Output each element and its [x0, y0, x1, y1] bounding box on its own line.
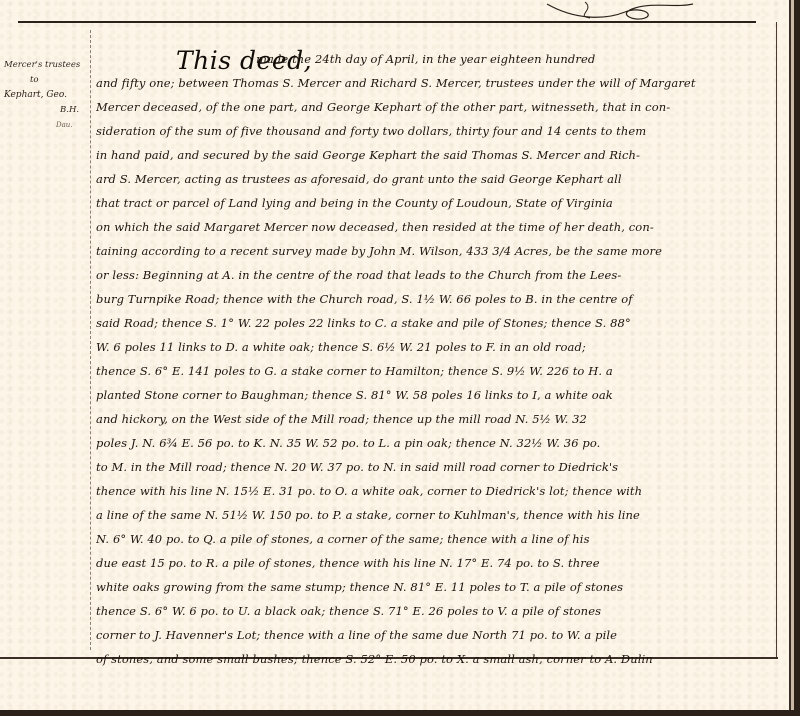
deed-line: and fifty one; between Thomas S. Mercer … — [96, 71, 776, 95]
deed-line: W. 6 poles 11 links to D. a white oak; t… — [96, 335, 776, 359]
deed-line: corner to J. Havenner's Lot; thence with… — [96, 623, 776, 647]
right-rule — [776, 22, 777, 658]
deed-line: N. 6° W. 40 po. to Q. a pile of stones, … — [96, 527, 776, 551]
top-rule — [18, 21, 756, 23]
deed-body: made the 24th day of April, in the year … — [96, 47, 776, 671]
bottom-edge-band — [0, 710, 800, 716]
deed-line: on which the said Margaret Mercer now de… — [96, 215, 776, 239]
margin-note-grantee: Kephart, Geo. — [4, 88, 88, 103]
deed-line: a line of the same N. 51½ W. 150 po. to … — [96, 503, 776, 527]
document-page: Mercer's trustees to Kephart, Geo. B.H. … — [0, 0, 800, 716]
deed-line: ard S. Mercer, acting as trustees as afo… — [96, 167, 776, 191]
deed-line: or less: Beginning at A. in the centre o… — [96, 263, 776, 287]
deed-line: and hickory, on the West side of the Mil… — [96, 407, 776, 431]
deed-line: taining according to a recent survey mad… — [96, 239, 776, 263]
margin-notes: Mercer's trustees to Kephart, Geo. B.H. … — [4, 58, 88, 133]
deed-line: to M. in the Mill road; thence N. 20 W. … — [96, 455, 776, 479]
deed-line: due east 15 po. to R. a pile of stones, … — [96, 551, 776, 575]
deed-line: poles J. N. 6¾ E. 56 po. to K. N. 35 W. … — [96, 431, 776, 455]
deed-line: sideration of the sum of five thousand a… — [96, 119, 776, 143]
margin-note-book: B.H. — [4, 103, 88, 118]
deed-line: white oaks growing from the same stump; … — [96, 575, 776, 599]
signature-flourish-icon — [545, 0, 695, 22]
margin-note-extra: Dau. — [4, 118, 88, 133]
deed-line: burg Turnpike Road; thence with the Chur… — [96, 287, 776, 311]
deed-line: in hand paid, and secured by the said Ge… — [96, 143, 776, 167]
deed-line: said Road; thence S. 1° W. 22 poles 22 l… — [96, 311, 776, 335]
deed-line: planted Stone corner to Baughman; thence… — [96, 383, 776, 407]
deed-line: thence S. 6° E. 141 poles to G. a stake … — [96, 359, 776, 383]
margin-note-to: to — [4, 73, 88, 88]
deed-line: made the 24th day of April, in the year … — [96, 47, 776, 71]
deed-line: thence with his line N. 15½ E. 31 po. to… — [96, 479, 776, 503]
deed-line: that tract or parcel of Land lying and b… — [96, 191, 776, 215]
deed-line: thence S. 6° W. 6 po. to U. a black oak;… — [96, 599, 776, 623]
margin-rule — [90, 30, 91, 650]
margin-note-grantor: Mercer's trustees — [4, 58, 88, 73]
deed-line: Mercer deceased, of the one part, and Ge… — [96, 95, 776, 119]
page-edge-border — [786, 0, 800, 716]
deed-line: of stones, and some small bushes; thence… — [96, 647, 776, 671]
